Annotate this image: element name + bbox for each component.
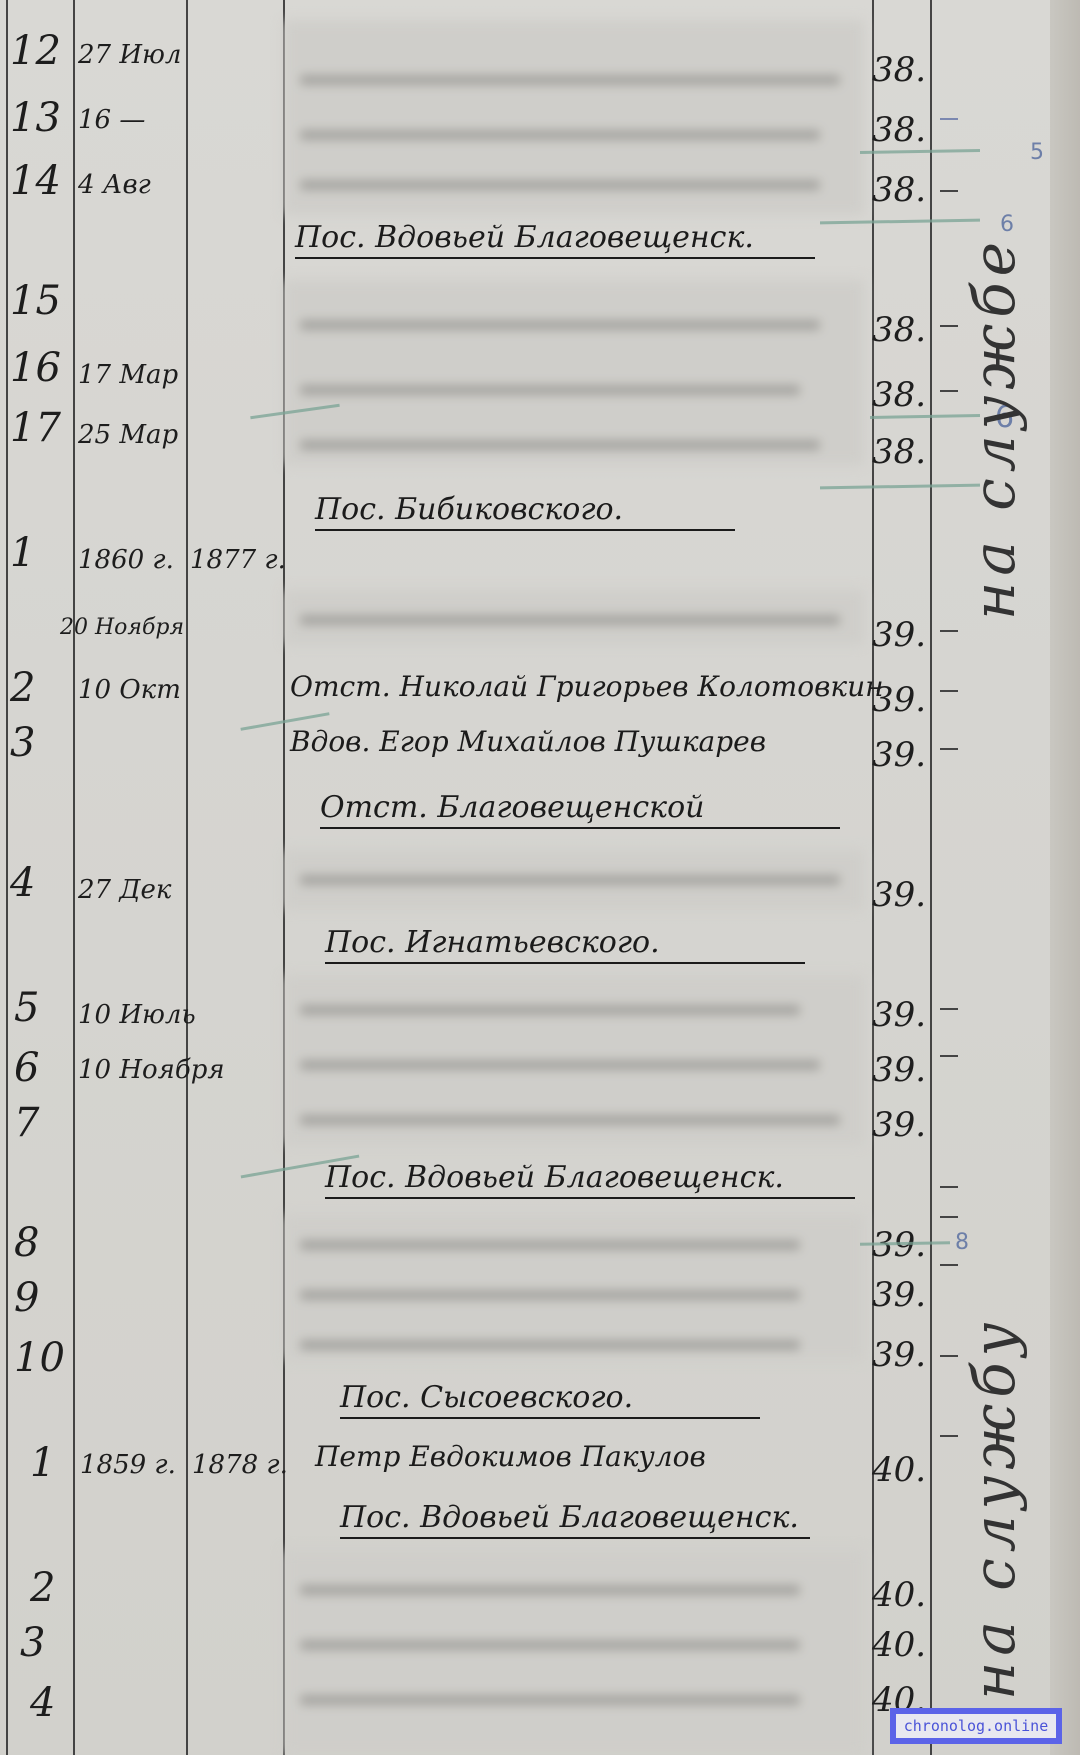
- blue-mark: 8: [955, 1230, 969, 1255]
- redacted-line: [300, 1290, 800, 1300]
- redacted-line: [300, 385, 800, 395]
- section-heading: Пос. Сысоевского.: [340, 1380, 760, 1419]
- row-number: 13: [10, 95, 61, 141]
- page-reference: 38.: [872, 375, 926, 415]
- entry-date: 10 Июль: [78, 1000, 196, 1030]
- entry-date: 27 Дек: [78, 875, 171, 905]
- section-heading: Отст. Благовещенской: [320, 790, 840, 829]
- remark-dash: [940, 748, 958, 750]
- row-number: 7: [14, 1100, 39, 1146]
- row-number: 6: [14, 1045, 39, 1091]
- watermark-badge: chronolog.online: [890, 1708, 1062, 1744]
- entry-date: 1860 г.: [78, 545, 174, 575]
- margin-note: на службу: [960, 1317, 1028, 1700]
- redacted-line: [300, 1340, 800, 1350]
- section-heading: Пос. Бибиковского.: [315, 492, 735, 531]
- entry-date: 4 Авг: [78, 170, 151, 200]
- entry-date: 16 —: [78, 105, 145, 135]
- redacted-entry: [284, 280, 864, 465]
- page-reference: 39.: [872, 995, 926, 1035]
- entry-date: 17 Мар: [78, 360, 178, 390]
- pencil-stroke: [820, 484, 980, 490]
- person-name: Петр Евдокимов Пакулов: [315, 1440, 706, 1473]
- row-number: 12: [10, 28, 61, 74]
- row-number: 16: [10, 345, 61, 391]
- page-reference: 39.: [872, 735, 926, 775]
- entry-date-to: 1878 г.: [192, 1450, 288, 1480]
- remark-dash: [940, 1055, 958, 1057]
- page-reference: 39.: [872, 680, 926, 720]
- row-number: 14: [10, 158, 61, 204]
- pencil-stroke: [820, 219, 980, 225]
- page-reference: 38.: [872, 50, 926, 90]
- column-rule: [930, 0, 932, 1755]
- page-reference: 39.: [872, 1335, 926, 1375]
- redacted-line: [300, 1640, 800, 1650]
- page-reference: 39.: [872, 1050, 926, 1090]
- page-reference: 38.: [872, 110, 926, 150]
- redacted-line: [300, 875, 840, 885]
- remark-dash: [940, 190, 958, 192]
- page-reference: 39.: [872, 1105, 926, 1145]
- page-reference: 38.: [872, 170, 926, 210]
- row-number: 4: [30, 1680, 55, 1726]
- remark-dash: [940, 325, 958, 327]
- redacted-line: [300, 320, 820, 330]
- redacted-line: [300, 180, 820, 190]
- redacted-entry: [284, 1215, 864, 1360]
- row-number: 2: [10, 665, 35, 711]
- redacted-line: [300, 1060, 820, 1070]
- row-number: 15: [10, 278, 61, 324]
- entry-date: 27 Июл: [78, 40, 181, 70]
- page-reference: 39.: [872, 1275, 926, 1315]
- remark-dash: [940, 1435, 958, 1437]
- page-edge: [1050, 0, 1080, 1755]
- row-number: 2: [30, 1565, 55, 1611]
- person-name: Вдов. Егор Михайлов Пушкарев: [290, 725, 766, 758]
- redacted-line: [300, 75, 840, 85]
- row-number: 1: [30, 1440, 55, 1486]
- column-rule: [6, 0, 8, 1755]
- page-reference: 38.: [872, 310, 926, 350]
- page-reference: 39.: [872, 875, 926, 915]
- person-name: Отст. Николай Григорьев Колотовкин: [290, 670, 884, 703]
- row-number: 9: [14, 1275, 39, 1321]
- remark-dash: [940, 1186, 958, 1188]
- redacted-line: [300, 1695, 800, 1705]
- row-number: 17: [10, 405, 61, 451]
- margin-note: на службе: [960, 236, 1028, 620]
- remark-dash: [940, 1008, 958, 1010]
- remark-dash: [940, 118, 958, 120]
- entry-date-to: 1877 г.: [190, 545, 286, 575]
- blue-mark: 6: [1000, 212, 1014, 237]
- redacted-line: [300, 1115, 840, 1125]
- section-heading: Пос. Вдовьей Благовещенск.: [295, 220, 815, 259]
- ledger-page: 12 13 14 15 16 17 1 2 3 4 5 6 7 8 9 10 1…: [0, 0, 1080, 1755]
- entry-date: 10 Окт: [78, 675, 181, 705]
- redacted-line: [300, 1240, 800, 1250]
- page-reference: 40.: [872, 1575, 926, 1615]
- remark-dash: [940, 1216, 958, 1218]
- redacted-line: [300, 1585, 800, 1595]
- redacted-line: [300, 615, 840, 625]
- entry-date: 20 Ноября: [60, 615, 184, 640]
- page-reference: 40.: [872, 1625, 926, 1665]
- redacted-entry: [284, 1550, 864, 1755]
- row-number: 5: [14, 985, 39, 1031]
- remark-dash: [940, 630, 958, 632]
- page-reference: 39.: [872, 615, 926, 655]
- section-heading: Пос. Вдовьей Благовещенск.: [325, 1160, 855, 1199]
- entry-date: 1859 г.: [80, 1450, 176, 1480]
- column-rule: [73, 0, 75, 1755]
- entry-date: 10 Ноября: [78, 1055, 225, 1085]
- page-reference: 38.: [872, 432, 926, 472]
- section-heading: Пос. Игнатьевского.: [325, 925, 805, 964]
- remark-dash: [940, 1264, 958, 1266]
- row-number: 4: [10, 860, 35, 906]
- row-number: 3: [10, 720, 35, 766]
- column-rule: [186, 0, 188, 1755]
- redacted-line: [300, 1005, 800, 1015]
- entry-date: 25 Мар: [78, 420, 178, 450]
- redacted-line: [300, 440, 820, 450]
- row-number: 1: [10, 530, 35, 576]
- remark-dash: [940, 690, 958, 692]
- redacted-line: [300, 130, 820, 140]
- row-number: 8: [14, 1220, 39, 1266]
- row-number: 10: [14, 1335, 65, 1381]
- remark-dash: [940, 1355, 958, 1357]
- remark-dash: [940, 390, 958, 392]
- watermark-text: chronolog.online: [896, 1714, 1057, 1738]
- section-heading: Пос. Вдовьей Благовещенск.: [340, 1500, 810, 1539]
- row-number: 3: [20, 1620, 45, 1666]
- blue-mark: 5: [1030, 140, 1044, 165]
- page-reference: 40.: [872, 1450, 926, 1490]
